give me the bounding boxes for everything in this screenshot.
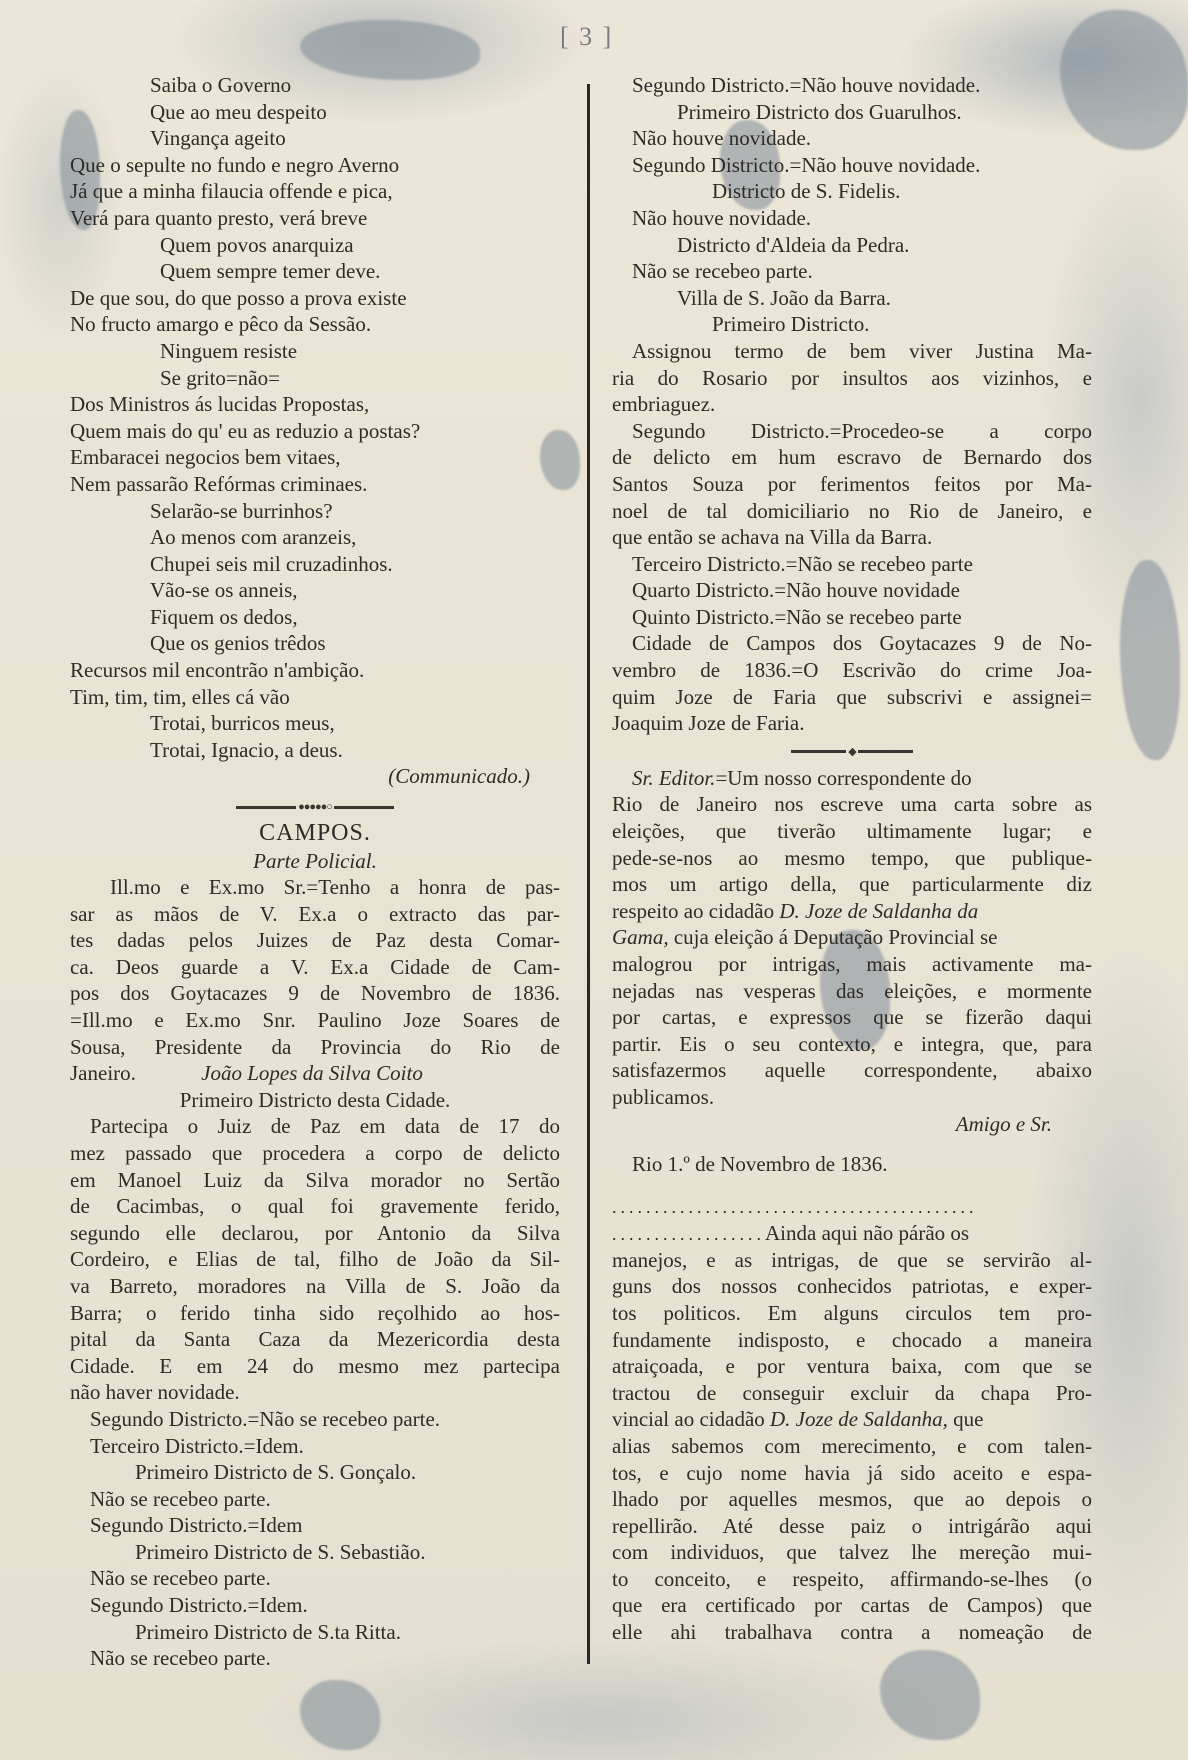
poem-line: Vingança ageito [70, 125, 560, 152]
article-line: atraiçoada, e por ventura baixa, com que… [612, 1353, 1092, 1380]
report-line: mez passado que procedera a corpo de del… [70, 1140, 560, 1167]
report-line: Assignou termo de bem viver Justina Ma- [612, 338, 1092, 365]
report-line: de delicto em hum escravo de Bernardo do… [612, 444, 1092, 471]
report-line: não haver novidade. [70, 1379, 560, 1406]
dateline: Rio 1.º de Novembro de 1836. [612, 1151, 1092, 1178]
report-line: Segundo Districto.=Idem. [70, 1592, 560, 1619]
editor-letter-text: cuja eleição á Deputação Provincial se [669, 925, 998, 949]
official-letter: Ill.mo e Ex.mo Sr.=Tenho a honra de pas-… [70, 874, 560, 1087]
ornament-beads: ●●●●●○ [296, 801, 334, 813]
letter-line: sar as mãos de V. Ex.a o extracto das pa… [70, 901, 560, 928]
closing-statement: Cidade de Campos dos Goytacazes 9 de No-… [612, 630, 1092, 736]
article-line: ..................Ainda aqui não párão o… [612, 1220, 1092, 1247]
poem-line: Dos Ministros ás lucidas Propostas, [70, 391, 560, 418]
poem-line: No fructo amargo e pêco da Sessão. [70, 311, 560, 338]
poem-line: Embaracei negocios bem vitaes, [70, 444, 560, 471]
ornament-bar [236, 806, 296, 809]
closing-line: quim Joze de Faria que subscrivi e assig… [612, 684, 1092, 711]
poem-line: Selarão-se burrinhos? [70, 498, 560, 525]
district-heading: Primeiro Districto de S. Sebastião. [70, 1539, 560, 1566]
report-line: Terceiro Districto.=Idem. [70, 1433, 560, 1460]
report-line: noel de tal domiciliario no Rio de Janei… [612, 498, 1092, 525]
report-line: pital da Santa Caza da Mezericordia dest… [70, 1326, 560, 1353]
poem-line: Fiquem os dedos, [70, 604, 560, 631]
article-line: guns dos nossos conhecidos patriotas, e … [612, 1273, 1092, 1300]
editor-letter-line: Sr. Editor.=Um nosso correspondente do [612, 765, 1092, 792]
poem-line: Ninguem resiste [70, 338, 560, 365]
poem-line: Saiba o Governo [70, 72, 560, 99]
person-name: Gama, [612, 925, 669, 949]
report-line: Segundo Districto.=Não houve novidade. [612, 152, 1092, 179]
editor-letter-sign: Amigo e Sr. [612, 1111, 1092, 1138]
report-line: Quarto Districto.=Não houve novidade [612, 577, 1092, 604]
editor-letter-line: satisfazermos aquelle correspondente, ab… [612, 1057, 1092, 1084]
closing-line: Cidade de Campos dos Goytacazes 9 de No- [612, 630, 1092, 657]
district-heading: Villa de S. João da Barra. [612, 285, 1092, 312]
district-reports: Segundo Districto.=Não houve novidade. P… [612, 72, 1092, 338]
letter-line: pos dos Goytacazes 9 de Novembro de 1836… [70, 980, 560, 1007]
editor-letter-line: publicamos. [612, 1084, 1092, 1111]
poem-line: Que o sepulte no fundo e negro Averno [70, 152, 560, 179]
district1-report: Partecipa o Juiz de Paz em data de 17 do… [70, 1113, 560, 1406]
district-reports: Segundo Districto.=Não se recebeo parte.… [70, 1406, 560, 1672]
page-number: [ 3 ] [560, 22, 613, 52]
poem-line: Já que a minha filaucia offende e pica, [70, 178, 560, 205]
report-line: Segundo Districto.=Idem [70, 1512, 560, 1539]
article-line: tos, e cujo nome havia já sido aceito e … [612, 1460, 1092, 1487]
report-line: que então se achava na Villa da Barra. [612, 524, 1092, 551]
editor-letter-line: pede-se-nos ao mesmo tempo, que publique… [612, 845, 1092, 872]
article-line: com individuos, que talvez lhe mereção m… [612, 1539, 1092, 1566]
editor-salutation: Sr. Editor. [632, 766, 715, 790]
editor-letter-line: eleições, que tiverão ultimamente lugar;… [612, 818, 1092, 845]
poem-attribution: (Communicado.) [70, 763, 560, 790]
ornament-divider: ●●●●●○ [70, 796, 560, 818]
editor-letter-line: partir. Eis o seu contexto, e integra, q… [612, 1031, 1092, 1058]
report-line: Santos Souza por ferimentos feitos por M… [612, 471, 1092, 498]
article-line: lhado por aquelles mesmos, que ao depois… [612, 1486, 1092, 1513]
poem-line: Que os genios trêdos [70, 630, 560, 657]
article-text: Ainda aqui não párão os [765, 1221, 969, 1245]
editor-letter: Sr. Editor.=Um nosso correspondente do R… [612, 765, 1092, 1178]
report-line: Barra; o ferido tinha sido reçolhido ao … [70, 1300, 560, 1327]
report-line: Não houve novidade. [612, 205, 1092, 232]
poem-line: Que ao meu despeito [70, 99, 560, 126]
article-line: vincial ao cidadão D. Joze de Saldanha, … [612, 1406, 1092, 1433]
poem-line: Ao menos com aranzeis, [70, 524, 560, 551]
article-line: tos politicos. Em alguns circulos tem pr… [612, 1300, 1092, 1327]
poem-line: Verá para quanto presto, verá breve [70, 205, 560, 232]
report-line: Segundo Districto.=Não se recebeo parte. [70, 1406, 560, 1433]
report-line: Partecipa o Juiz de Paz em data de 17 do [70, 1113, 560, 1140]
editor-letter-line: Gama, cuja eleição á Deputação Provincia… [612, 924, 1092, 951]
poem-line: Trotai, burricos meus, [70, 710, 560, 737]
letter-line: =Ill.mo e Ex.mo Snr. Paulino Joze Soares… [70, 1007, 560, 1034]
report-line: de Cacimbas, o qual foi gravemente ferid… [70, 1193, 560, 1220]
report-line: em Manoel Luiz da Silva morador no Sertã… [70, 1167, 560, 1194]
editor-letter-text: =Um nosso correspondente do [715, 766, 971, 790]
sjb-report: Assignou termo de bem viver Justina Ma- … [612, 338, 1092, 418]
ornament-bar [334, 806, 394, 809]
report-line: Cordeiro, e Elias de tal, filho de João … [70, 1246, 560, 1273]
district-heading: Primeiro Districto. [612, 311, 1092, 338]
district-heading: Districto d'Aldeia da Pedra. [612, 232, 1092, 259]
section-subtitle: Parte Policial. [70, 848, 560, 874]
article-line: to conceito, e respeito, affirmando-se-l… [612, 1566, 1092, 1593]
dot-leader: .................. [612, 1224, 765, 1244]
report-line: Não se recebeo parte. [612, 258, 1092, 285]
report-line: Cidade. E em 24 do mesmo mez partecipa [70, 1353, 560, 1380]
editor-letter-line: Rio de Janeiro nos escreve uma carta sob… [612, 791, 1092, 818]
poem-line: Chupei seis mil cruzadinhos. [70, 551, 560, 578]
report-line: Não se recebeo parte. [70, 1486, 560, 1513]
poem: Saiba o Governo Que ao meu despeito Ving… [70, 72, 560, 790]
person-name: D. Joze de Saldanha, [770, 1407, 948, 1431]
poem-line: Se grito=não= [70, 365, 560, 392]
poem-line: Nem passarão Refórmas criminaes. [70, 471, 560, 498]
report-line: Não houve novidade. [612, 125, 1092, 152]
poem-line: Quem sempre temer deve. [70, 258, 560, 285]
report-line: Quinto Districto.=Não se recebeo parte [612, 604, 1092, 631]
ornament-divider: ◆ [612, 741, 1092, 763]
article-line: tractou de conseguir excluir da chapa Pr… [612, 1380, 1092, 1407]
article-line: fundamente indisposto, e chocado a manei… [612, 1327, 1092, 1354]
editor-letter-line: nejadas nas vesperas das eleições, e mor… [612, 978, 1092, 1005]
letter-line: Sousa, Presidente da Provincia do Rio de [70, 1034, 560, 1061]
ornament-bar [858, 750, 913, 753]
editor-letter-text: respeito ao cidadão [612, 899, 779, 923]
editor-letter-line: malogrou por intrigas, mais activamente … [612, 951, 1092, 978]
article-line: repellirão. Até desse paiz o intrigárão … [612, 1513, 1092, 1540]
left-column: Saiba o Governo Que ao meu despeito Ving… [70, 72, 560, 1672]
ornament-beads: ◆ [846, 745, 857, 758]
section-title: CAMPOS. [70, 818, 560, 848]
district-heading: Primeiro Districto de S.ta Ritta. [70, 1619, 560, 1646]
right-column: Segundo Districto.=Não houve novidade. P… [612, 72, 1092, 1646]
report-line: ria do Rosario por insultos aos vizinhos… [612, 365, 1092, 392]
poem-line: Tim, tim, tim, elles cá vão [70, 684, 560, 711]
district-heading: Primeiro Districto de S. Gonçalo. [70, 1459, 560, 1486]
letter-sign-prefix: Janeiro. [70, 1061, 136, 1085]
poem-line: Quem mais do qu' eu as reduzio a postas? [70, 418, 560, 445]
editor-letter-line: mos um artigo della, que particularmente… [612, 871, 1092, 898]
letter-signature-line: Janeiro. João Lopes da Silva Coito [70, 1060, 560, 1087]
report-line: Não se recebeo parte. [70, 1565, 560, 1592]
district-heading: Districto de S. Fidelis. [612, 178, 1092, 205]
correspondent-article: ........................................… [612, 1194, 1092, 1646]
letter-line: Ill.mo e Ex.mo Sr.=Tenho a honra de pas- [70, 874, 560, 901]
ornament-bar [791, 750, 846, 753]
district-heading: Primeiro Districto dos Guarulhos. [612, 99, 1092, 126]
article-line: elle ahi trabalhava contra a nomeação de [612, 1619, 1092, 1646]
article-line: manejos, e as intrigas, de que se servir… [612, 1247, 1092, 1274]
article-line: alias sabemos com merecimento, e com tal… [612, 1433, 1092, 1460]
dot-leader: ........................................… [612, 1194, 1092, 1220]
closing-line: Joaquim Joze de Faria. [612, 710, 1092, 737]
report-line: Terceiro Districto.=Não se recebeo parte [612, 551, 1092, 578]
poem-line: Vão-se os anneis, [70, 577, 560, 604]
poem-line: Trotai, Ignacio, a deus. [70, 737, 560, 764]
article-text: vincial ao cidadão [612, 1407, 770, 1431]
article-text: que [948, 1407, 984, 1431]
editor-letter-line: respeito ao cidadão D. Joze de Saldanha … [612, 898, 1092, 925]
report-line: Não se recebeo parte. [70, 1645, 560, 1672]
poem-line: De que sou, do que posso a prova existe [70, 285, 560, 312]
report-line: segundo elle declarou, por Antonio da Si… [70, 1220, 560, 1247]
article-line: que era certificado por cartas de Campos… [612, 1592, 1092, 1619]
letter-signature: João Lopes da Silva Coito [201, 1061, 423, 1085]
more-reports: Terceiro Districto.=Não se recebeo parte… [612, 551, 1092, 631]
report-line: embriaguez. [612, 391, 1092, 418]
report-line: Segundo Districto.=Não houve novidade. [612, 72, 1092, 99]
person-name: D. Joze de Saldanha da [779, 899, 978, 923]
letter-line: ca. Deos guarde a V. Ex.a Cidade de Cam- [70, 954, 560, 981]
column-divider [587, 84, 590, 1664]
editor-letter-line: por cartas, e expressos que se fizerão d… [612, 1004, 1092, 1031]
closing-line: vembro de 1836.=O Escrivão do crime Joa- [612, 657, 1092, 684]
report-line: va Barreto, moradores na Villa de S. Joã… [70, 1273, 560, 1300]
poem-line: Recursos mil encontrão n'ambição. [70, 657, 560, 684]
segundo-report: Segundo Districto.=Procedeo-se a corpo d… [612, 418, 1092, 551]
letter-line: tes dadas pelos Juizes de Paz desta Coma… [70, 927, 560, 954]
district-heading: Primeiro Districto desta Cidade. [70, 1087, 560, 1114]
report-line: Segundo Districto.=Procedeo-se a corpo [612, 418, 1092, 445]
poem-line: Quem povos anarquiza [70, 232, 560, 259]
